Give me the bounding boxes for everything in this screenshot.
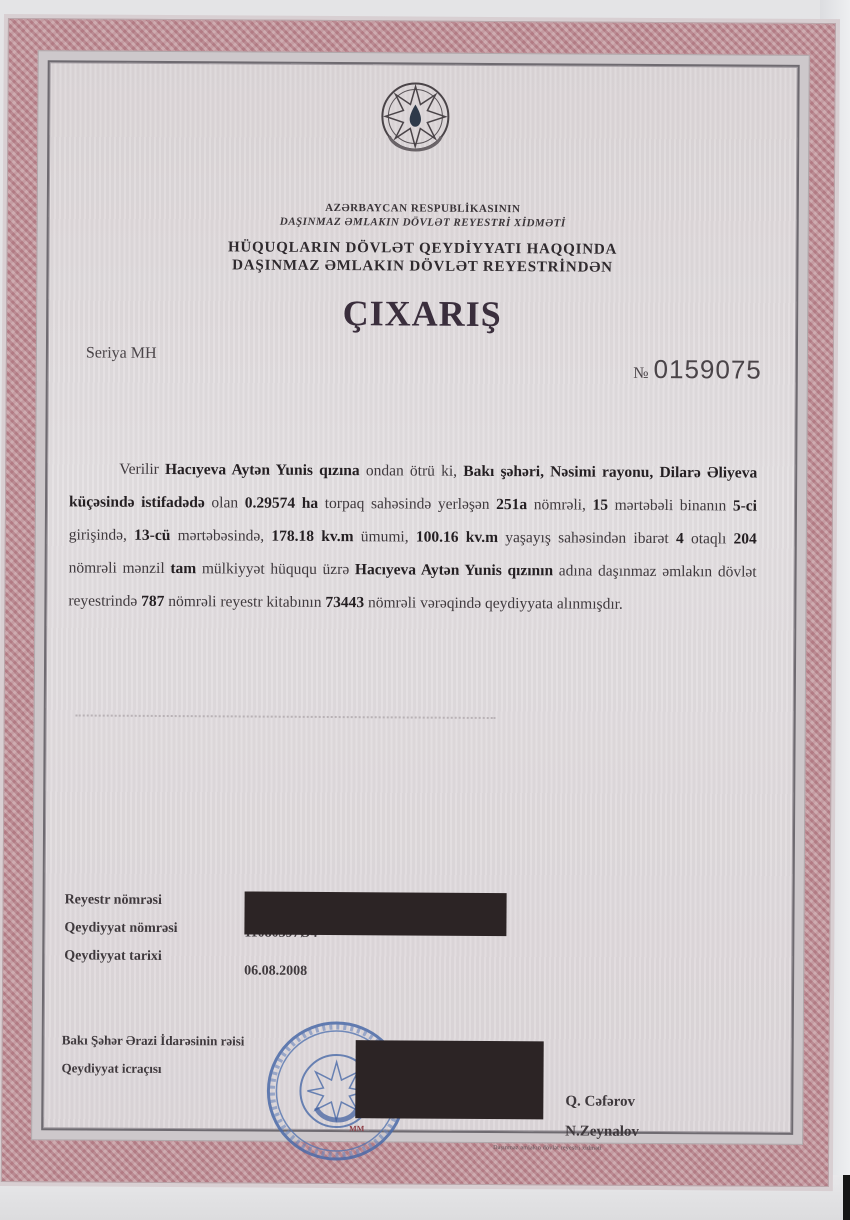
total-area: 178.18 kv.m (271, 528, 353, 546)
document-title: ÇIXARIŞ (48, 290, 796, 337)
registry-book-number: 787 (141, 593, 164, 610)
registration-date-label: Qeydiyyat tarixi (64, 948, 162, 965)
owner-name-genitive: Hacıyeva Aytən Yunis qızının (355, 561, 553, 579)
building-number: 251a (496, 496, 527, 513)
ownership-type: tam (170, 560, 196, 577)
head-title-label: Bakı Şəhər Ərazi İdarəsinin rəisi (62, 1032, 245, 1049)
redaction-box-signature (355, 1040, 543, 1119)
dark-edge (843, 1175, 850, 1220)
number-sign: № (633, 365, 649, 382)
land-area: 0.29574 ha (245, 494, 318, 511)
head-signer-name: Q. Cəfərov (565, 1093, 635, 1110)
number-value: 0159075 (654, 354, 762, 385)
dotted-divider (76, 714, 496, 719)
room-count: 4 (676, 530, 684, 547)
registration-date-value: 06.08.2008 (244, 963, 307, 979)
document-number: №0159075 (633, 354, 762, 386)
organization-line-2: DAŞINMAZ ƏMLAKIN DÖVLƏT REYESTRİ XİDMƏTİ (49, 214, 797, 231)
fine-print: Daşınmaz əmlakın dövlət reyestri xidməti (493, 1145, 602, 1152)
certificate-sheet: AZƏRBAYCAN RESPUBLİKASININ DAŞINMAZ ƏMLA… (0, 14, 840, 1191)
certificate-paper: AZƏRBAYCAN RESPUBLİKASININ DAŞINMAZ ƏMLA… (41, 60, 800, 1135)
heading-line-2: DAŞINMAZ ƏMLAKIN DÖVLƏT REYESTRİNDƏN (48, 256, 796, 278)
executor-signer-name: N.Zeynalov (565, 1123, 639, 1140)
series-label: Seriya MH (86, 345, 157, 363)
executor-title-label: Qeydiyyat icraçısı (62, 1060, 162, 1077)
registry-number-label: Reyestr nömrəsi (65, 892, 162, 909)
entrance: 5-ci (733, 497, 757, 514)
apartment-number: 204 (733, 530, 756, 547)
floor: 13-cü (134, 527, 170, 544)
living-area: 100.16 kv.m (416, 529, 498, 547)
registration-number-label: Qeydiyyat nömrəsi (64, 920, 177, 937)
azerbaijan-state-emblem-icon (377, 80, 453, 162)
footer-mark: MM (349, 1124, 364, 1133)
floor-count: 15 (592, 497, 608, 514)
sheet-number: 73443 (325, 594, 364, 611)
owner-name: Hacıyeva Aytən Yunis qızına (165, 461, 360, 479)
certificate-body: Verilir Hacıyeva Aytən Yunis qızına onda… (68, 452, 757, 621)
redaction-box (244, 891, 506, 936)
